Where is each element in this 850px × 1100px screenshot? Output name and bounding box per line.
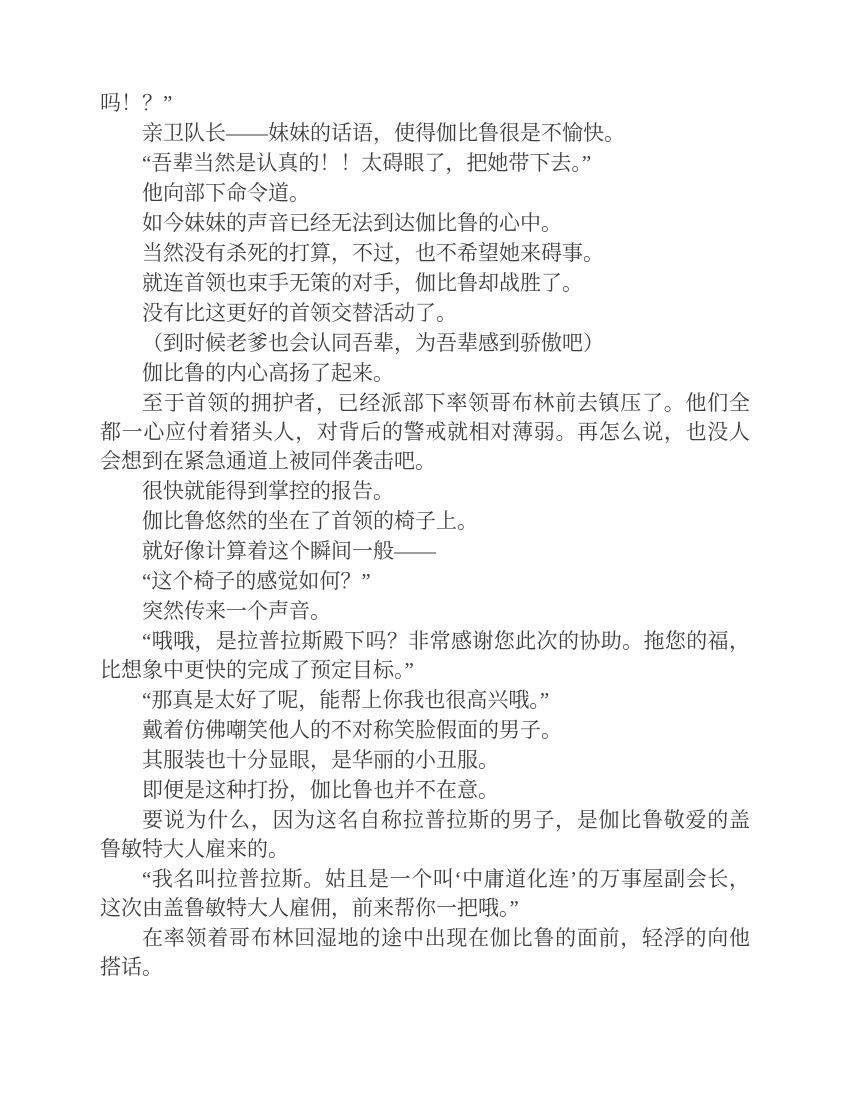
paragraph: 其服装也十分显眼，是华丽的小丑服。 [100, 746, 750, 775]
paragraph: “哦哦，是拉普拉斯殿下吗？非常感谢您此次的协助。拖您的福，比想象中更快的完成了预… [100, 627, 750, 685]
paragraph: 要说为什么，因为这名自称拉普拉斯的男子，是伽比鲁敬爱的盖鲁敏特大人雇来的。 [100, 806, 750, 864]
paragraph: 就好像计算着这个瞬间一般—— [100, 537, 750, 566]
paragraph: “那真是太好了呢，能帮上你我也很高兴哦。” [100, 686, 750, 715]
paragraph: 在率领着哥布林回湿地的途中出现在伽比鲁的面前，轻浮的向他搭话。 [100, 924, 750, 982]
paragraph: 突然传来一个声音。 [100, 597, 750, 626]
paragraph: 他向部下命令道。 [100, 179, 750, 208]
paragraph: 亲卫队长——妹妹的话语，使得伽比鲁很是不愉快。 [100, 119, 750, 148]
paragraph: （到时候老爹也会认同吾辈，为吾辈感到骄傲吧） [100, 329, 750, 358]
paragraph: “我名叫拉普拉斯。姑且是一个叫‘中庸道化连’的万事屋副会长，这次由盖鲁敏特大人雇… [100, 865, 750, 923]
paragraph: 伽比鲁悠然的坐在了首领的椅子上。 [100, 507, 750, 536]
paragraph: “这个椅子的感觉如何？” [100, 567, 750, 596]
paragraph: 如今妹妹的声音已经无法到达伽比鲁的心中。 [100, 209, 750, 238]
paragraph: 戴着仿佛嘲笑他人的不对称笑脸假面的男子。 [100, 716, 750, 745]
paragraph: 很快就能得到掌控的报告。 [100, 477, 750, 506]
paragraph: 吗！？” [100, 89, 750, 118]
paragraph: 没有比这更好的首领交替活动了。 [100, 299, 750, 328]
paragraph: 就连首领也束手无策的对手，伽比鲁却战胜了。 [100, 269, 750, 298]
paragraph: 即便是这种打扮，伽比鲁也并不在意。 [100, 776, 750, 805]
paragraph: 至于首领的拥护者，已经派部下率领哥布林前去镇压了。他们全都一心应付着猪头人，对背… [100, 389, 750, 476]
text-block: 吗！？”亲卫队长——妹妹的话语，使得伽比鲁很是不愉快。“吾辈当然是认真的！！太碍… [100, 89, 750, 983]
paragraph: 当然没有杀死的打算，不过，也不希望她来碍事。 [100, 239, 750, 268]
novel-page: 吗！？”亲卫队长——妹妹的话语，使得伽比鲁很是不愉快。“吾辈当然是认真的！！太碍… [0, 0, 850, 1100]
paragraph: 伽比鲁的内心高扬了起来。 [100, 359, 750, 388]
paragraph: “吾辈当然是认真的！！太碍眼了，把她带下去。” [100, 149, 750, 178]
